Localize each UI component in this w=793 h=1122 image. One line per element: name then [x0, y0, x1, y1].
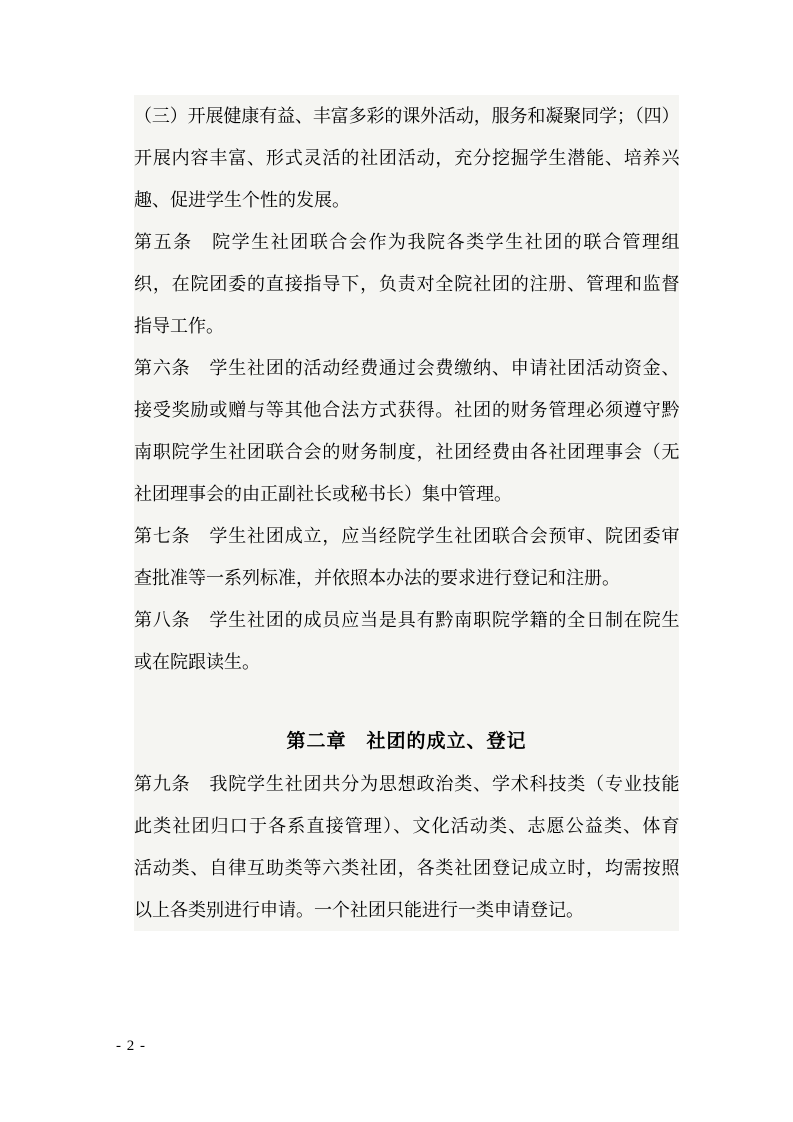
text-line: 开展内容丰富、形式灵活的社团活动，充分挖掘学生潜能、培养兴: [134, 137, 679, 179]
text-line: 第九条 我院学生社团共分为思想政治类、学术科技类（专业技能: [134, 763, 679, 805]
text-line: 指导工作。: [134, 305, 679, 347]
text-line: 第七条 学生社团成立，应当经院学生社团联合会预审、院团委审: [134, 515, 679, 557]
chapter-heading: 第二章 社团的成立、登记: [134, 721, 679, 763]
text-line: 活动类、自律互助类等六类社团，各类社团登记成立时，均需按照: [134, 847, 679, 889]
content-area: （三）开展健康有益、丰富多彩的课外活动，服务和凝聚同学；（四）开展内容丰富、形式…: [134, 95, 679, 931]
paragraph: 第九条 我院学生社团共分为思想政治类、学术科技类（专业技能此类社团归口于各系直接…: [134, 763, 679, 931]
document-page: （三）开展健康有益、丰富多彩的课外活动，服务和凝聚同学；（四）开展内容丰富、形式…: [0, 0, 793, 1122]
text-line: 趣、促进学生个性的发展。: [134, 179, 679, 221]
text-line: 接受奖励或赠与等其他合法方式获得。社团的财务管理必须遵守黔: [134, 389, 679, 431]
text-line: 此类社团归口于各系直接管理）、文化活动类、志愿公益类、体育: [134, 805, 679, 847]
page-number: - 2 -: [116, 1036, 146, 1056]
text-line: 南职院学生社团联合会的财务制度，社团经费由各社团理事会（无: [134, 431, 679, 473]
text-line: （三）开展健康有益、丰富多彩的课外活动，服务和凝聚同学；（四）: [134, 95, 679, 137]
text-line: 织，在院团委的直接指导下，负责对全院社团的注册、管理和监督: [134, 263, 679, 305]
paragraph: 第七条 学生社团成立，应当经院学生社团联合会预审、院团委审查批准等一系列标准，并…: [134, 515, 679, 599]
text-line: 查批准等一系列标准，并依照本办法的要求进行登记和注册。: [134, 557, 679, 599]
paragraph: （三）开展健康有益、丰富多彩的课外活动，服务和凝聚同学；（四）开展内容丰富、形式…: [134, 95, 679, 221]
text-line: 或在院跟读生。: [134, 641, 679, 683]
text-line: 第五条 院学生社团联合会作为我院各类学生社团的联合管理组: [134, 221, 679, 263]
paragraph: 第六条 学生社团的活动经费通过会费缴纳、申请社团活动资金、接受奖励或赠与等其他合…: [134, 347, 679, 515]
text-line: 第八条 学生社团的成员应当是具有黔南职院学籍的全日制在院生: [134, 599, 679, 641]
paragraph: 第八条 学生社团的成员应当是具有黔南职院学籍的全日制在院生或在院跟读生。: [134, 599, 679, 683]
text-line: 社团理事会的由正副社长或秘书长）集中管理。: [134, 473, 679, 515]
text-line: 第六条 学生社团的活动经费通过会费缴纳、申请社团活动资金、: [134, 347, 679, 389]
paragraph: 第五条 院学生社团联合会作为我院各类学生社团的联合管理组织，在院团委的直接指导下…: [134, 221, 679, 347]
text-line: 以上各类别进行申请。一个社团只能进行一类申请登记。: [134, 889, 679, 931]
